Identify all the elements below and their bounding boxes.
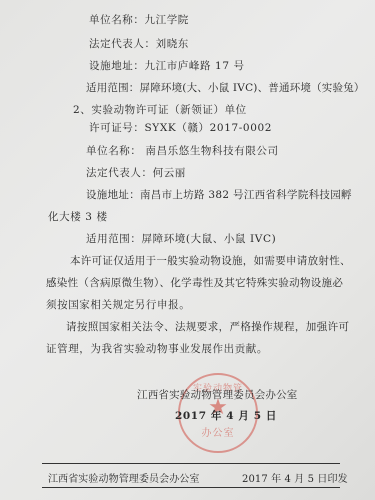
footer-top-rule bbox=[42, 463, 340, 464]
s1-scope: 适用范围：屏障环境(大、小鼠 IVC)、普通环境（实验兔） bbox=[86, 81, 365, 95]
s2-scope: 适用范围：屏障环境(大鼠、小鼠 IVC) bbox=[86, 232, 276, 246]
p2-line1: 请按照国家相关法令、法规要求，严格操作规程，加强许可 bbox=[66, 320, 349, 334]
s1-legal-rep: 法定代表人：刘晓东 bbox=[89, 37, 189, 51]
s2-legal-rep: 法定代表人：何云丽 bbox=[86, 166, 186, 180]
s1-address: 设施地址：九江市庐峰路 17 号 bbox=[89, 59, 245, 73]
footer-printed-date: 2017 年 4 月 5 日印发 bbox=[242, 473, 348, 487]
p1-line1: 本许可证仅适用于一般实验动物设施，如需要申请放射性、 bbox=[70, 254, 351, 268]
s2-heading: 2、实验动物许可证（新领证）单位 bbox=[73, 103, 247, 117]
s2-license-no: 许可证号：SYXK（赣）2017-0002 bbox=[89, 121, 272, 135]
p2-line2: 证管理，为我省实验动物事业发展作出贡献。 bbox=[46, 342, 268, 356]
signature-issuer: 江西省实验动物管理委员会办公室 bbox=[137, 388, 298, 402]
license-document: 单位名称：九江学院 法定代表人：刘晓东 设施地址：九江市庐峰路 17 号 适用范… bbox=[0, 0, 375, 500]
s2-unit-name: 单位名称： 南昌乐悠生物科技有限公司 bbox=[86, 144, 279, 158]
p1-line2: 感染性（含病原微生物）、化学毒性及其它特殊实验动物设施必 bbox=[46, 276, 343, 290]
s2-address-2: 化大楼 3 楼 bbox=[48, 210, 108, 224]
signature-date: 2017 年 4 月 5 日 bbox=[175, 409, 277, 423]
footer-issuer: 江西省实验动物管理委员会办公室 bbox=[48, 473, 200, 487]
s2-address-1: 设施地址：南昌市上坊路 382 号江西省科学院科技园孵 bbox=[86, 188, 352, 202]
footer-bottom-rule bbox=[42, 487, 340, 488]
p1-line3: 须按国家相关规定另行申报。 bbox=[46, 298, 190, 312]
seal-bottom-text: 办公室 bbox=[180, 424, 256, 439]
s1-unit-name: 单位名称：九江学院 bbox=[89, 13, 189, 27]
